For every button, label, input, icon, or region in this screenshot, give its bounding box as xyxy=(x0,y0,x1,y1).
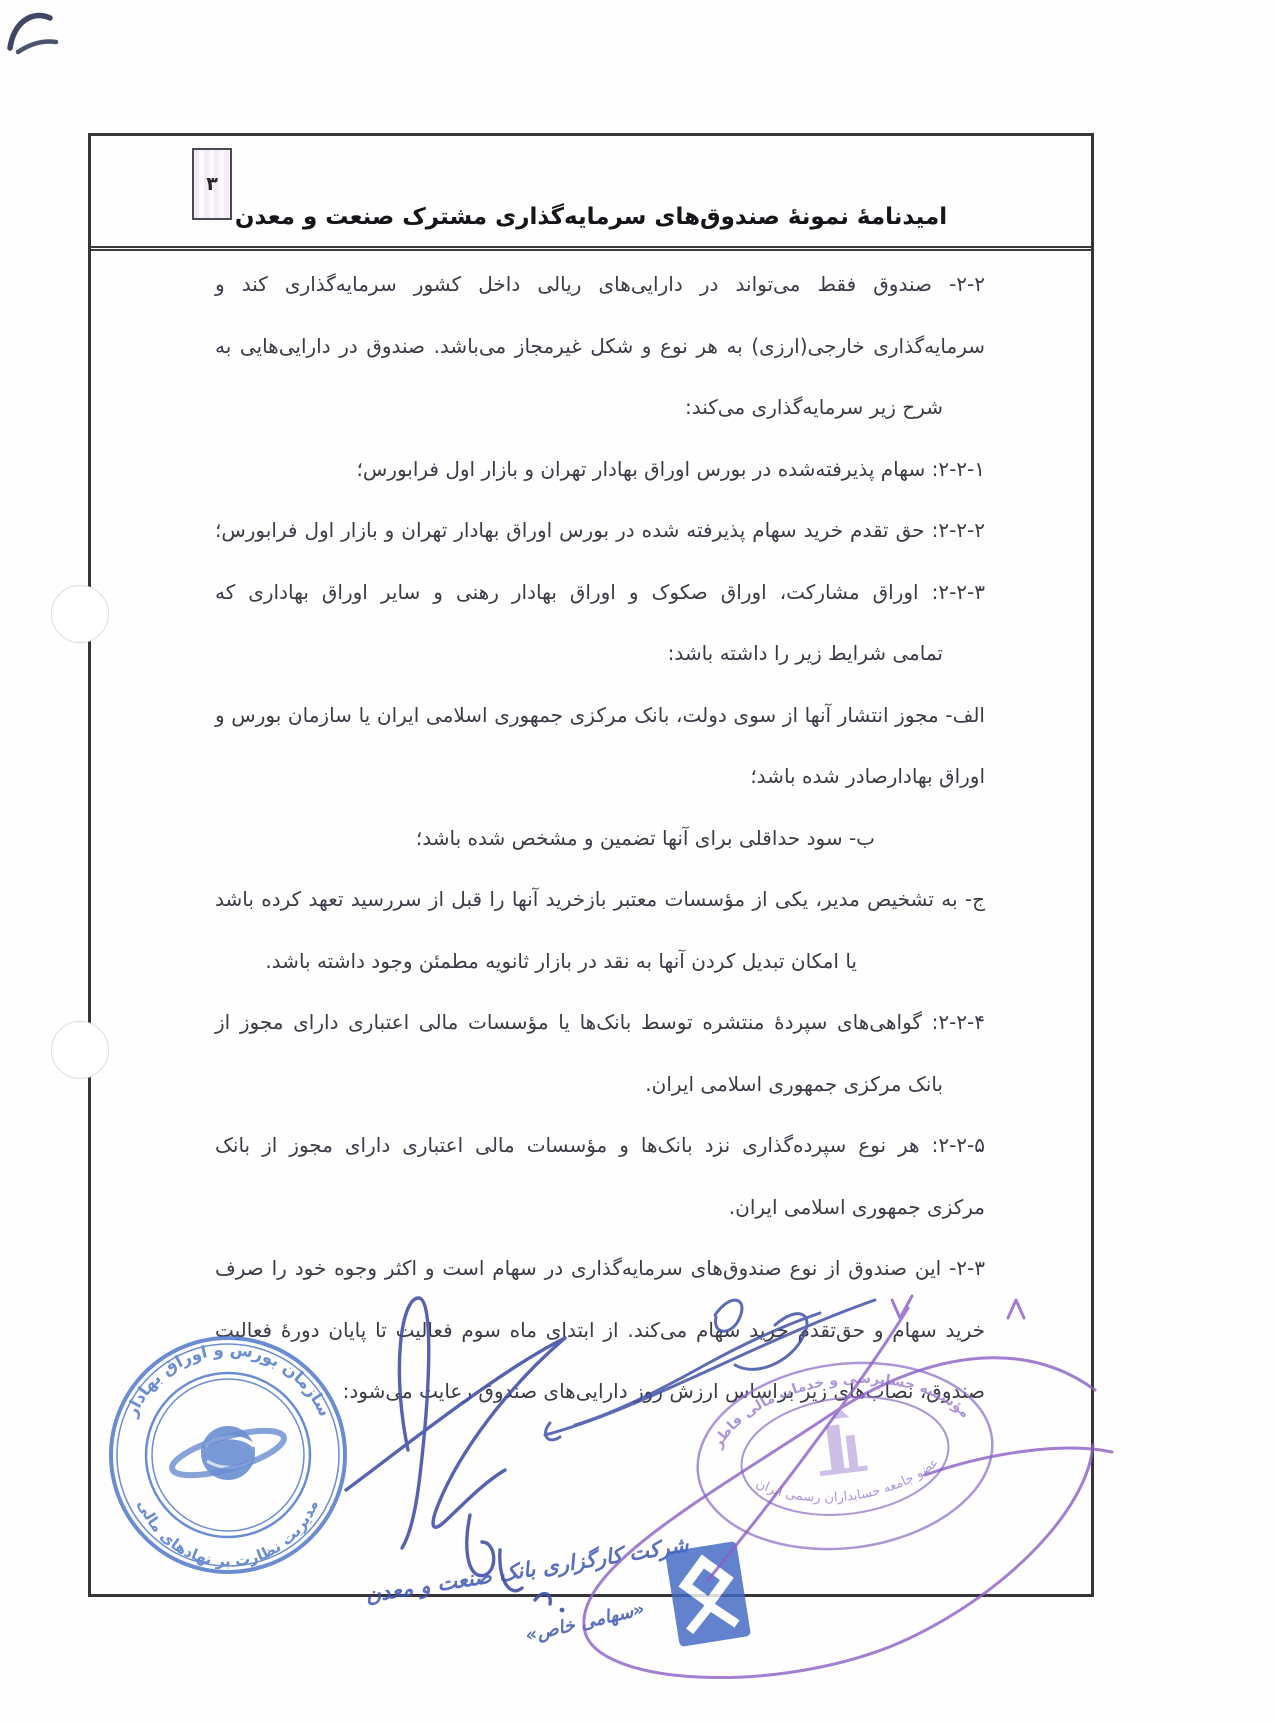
document-title: امیدنامۀ نمونۀ صندوق‌های سرمایه‌گذاری مش… xyxy=(91,204,1091,230)
text-line: ۲-۳- این صندوق از نوع صندوق‌های سرمایه‌گ… xyxy=(215,1238,985,1300)
document-header: ۳ امیدنامۀ نمونۀ صندوق‌های سرمایه‌گذاری … xyxy=(91,136,1091,251)
text-line: ۲-۲-۱: سهام پذیرفته‌شده در بورس اوراق به… xyxy=(215,439,985,501)
text-line: الف- مجوز انتشار آنها از سوی دولت، بانک … xyxy=(215,685,985,747)
broker-stamp-type: «سهامی خاص» xyxy=(505,1594,666,1650)
text-line: ب- سود حداقلی برای آنها تضمین و مشخص شده… xyxy=(215,808,985,870)
punch-hole-bottom xyxy=(51,1021,109,1079)
document-body: ۲-۲- صندوق فقط می‌تواند در دارایی‌های ری… xyxy=(215,254,985,1423)
text-line: ۲-۲-۳: اوراق مشارکت، اوراق صکوک و اوراق … xyxy=(215,562,985,624)
text-line: تمامی شرایط زیر را داشته باشد: xyxy=(215,623,985,685)
text-line: خرید سهام و حق‌تقدم خرید سهام می‌کند. از… xyxy=(215,1300,985,1362)
text-line: ج- به تشخیص مدیر، یکی از مؤسسات معتبر با… xyxy=(215,869,985,931)
text-line: ۲-۲-۴: گواهی‌های سپردۀ منتشره توسط بانک‌… xyxy=(215,992,985,1054)
pen-mark xyxy=(4,4,78,64)
text-line: ۲-۲-۲: حق تقدم خرید سهام پذیرفته شده در … xyxy=(215,500,985,562)
text-line: مرکزی جمهوری اسلامی ایران. xyxy=(215,1177,985,1239)
text-line: ۲-۲-۵: هر نوع سپرده‌گذاری نزد بانک‌ها و … xyxy=(215,1115,985,1177)
text-line: بانک مرکزی جمهوری اسلامی ایران. xyxy=(215,1054,985,1116)
scanned-page: ۳ امیدنامۀ نمونۀ صندوق‌های سرمایه‌گذاری … xyxy=(0,0,1276,1722)
page-number: ۳ xyxy=(206,173,218,195)
text-line: ۲-۲- صندوق فقط می‌تواند در دارایی‌های ری… xyxy=(215,254,985,316)
text-line: سرمایه‌گذاری خارجی(ارزی) به هر نوع و شکل… xyxy=(215,316,985,378)
text-line: اوراق بهادارصادر شده باشد؛ xyxy=(215,746,985,808)
text-line: صندوق، نصاب‌های زیر براساس ارزش روز دارا… xyxy=(215,1361,985,1423)
text-line: شرح زیر سرمایه‌گذاری می‌کند: xyxy=(215,377,985,439)
punch-hole-top xyxy=(51,585,109,643)
text-line: یا امکان تبدیل کردن آنها به نقد در بازار… xyxy=(215,931,985,993)
document-frame: ۳ امیدنامۀ نمونۀ صندوق‌های سرمایه‌گذاری … xyxy=(88,133,1094,1597)
